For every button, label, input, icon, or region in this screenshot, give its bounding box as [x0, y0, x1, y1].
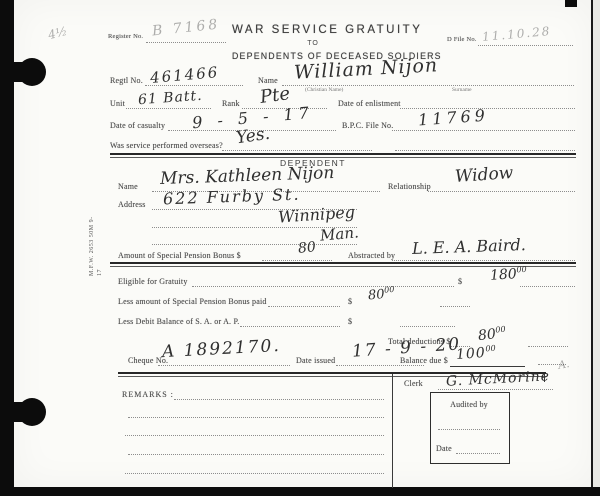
scan-top-notch: [565, 0, 577, 7]
casualty-label: Date of casualty: [110, 121, 165, 130]
audited-date-line: [456, 452, 500, 454]
overseas-line-b: [395, 149, 575, 151]
less-paid-currency: $: [348, 297, 352, 306]
debit-leader: [240, 325, 340, 327]
eligible-cents: 00: [516, 265, 527, 275]
remarks-line-1: [174, 398, 384, 400]
enlistment-label: Date of enlistment: [338, 99, 401, 108]
audited-by-label: Audited by: [430, 400, 508, 409]
name-line: [282, 84, 574, 86]
d-file-no-line: [478, 44, 573, 46]
christian-name-sublabel: (Christian Name): [305, 87, 343, 93]
eligible-dollars: 180: [490, 266, 518, 284]
scan-bottom-edge: [0, 487, 600, 496]
total-deductions-value: 8000: [477, 325, 507, 344]
eligible-currency: $: [458, 277, 462, 286]
debit-currency: $: [348, 317, 352, 326]
special-pension-label: Amount of Special Pension Bonus $: [118, 251, 241, 260]
d-file-no-label: D File No.: [447, 36, 477, 43]
remarks-line-2: [128, 416, 384, 418]
remarks-line-5: [125, 472, 384, 474]
less-paid-leader: [268, 305, 340, 307]
relationship-label: Relationship: [388, 182, 431, 191]
special-pension-value: 80: [297, 239, 316, 257]
total-dollars: 80: [477, 326, 496, 344]
form-title: WAR SERVICE GRATUITY: [232, 24, 394, 36]
stationery-code-line1: M.F.W. 2653: [89, 239, 95, 276]
balance-check-mark: A.: [557, 357, 571, 372]
audited-by-line: [438, 428, 500, 430]
eligible-value: 18000: [489, 265, 527, 284]
scan-right-margin: [593, 0, 600, 487]
abstracted-by-line: [392, 259, 575, 261]
debit-label: Less Debit Balance of S. A. or A. P.: [118, 317, 239, 326]
audited-date-label: Date: [436, 444, 452, 453]
balance-cents: 00: [485, 344, 496, 354]
remarks-line-3: [125, 434, 384, 436]
special-pension-line: [262, 259, 332, 261]
eligible-label: Eligible for Gratuity: [118, 277, 188, 286]
total-deductions-trailer: [528, 345, 568, 347]
debit-trailer: [400, 325, 455, 327]
punch-hole-top: [18, 58, 46, 86]
total-cents: 00: [495, 325, 506, 335]
date-issued-line: [336, 364, 424, 366]
less-paid-label: Less amount of Special Pension Bonus pai…: [118, 297, 267, 306]
bpc-file-label: B.P.C. File No.: [342, 121, 393, 130]
eligible-trailer: [520, 285, 575, 287]
dependent-name-label: Name: [118, 182, 138, 191]
balance-due-underline: [450, 365, 525, 367]
abstracted-by-value: L. E. A. Baird.: [412, 235, 526, 258]
surname-sublabel: Surname: [452, 87, 472, 93]
address-value-3: Man.: [319, 223, 359, 244]
address-label: Address: [118, 200, 146, 209]
form-title-to: TO: [232, 40, 394, 47]
scanned-document-page: 4½ Register No. B 7168 WAR SERVICE GRATU…: [0, 0, 600, 496]
overseas-line-a: [222, 149, 372, 151]
register-no-label: Register No.: [108, 33, 143, 40]
regtl-no-label: Regtl No.: [110, 76, 143, 85]
less-paid-cents: 00: [384, 285, 395, 295]
remarks-box-right-border: [392, 374, 393, 488]
relationship-value: Widow: [454, 163, 514, 187]
punch-hole-bottom: [18, 398, 46, 426]
abstracted-by-label: Abstracted by: [348, 251, 395, 260]
clerk-label: Clerk: [404, 379, 423, 388]
remarks-line-4: [128, 453, 384, 455]
less-paid-trailer: [440, 305, 470, 307]
overseas-label: Was service performed overseas?: [110, 141, 223, 150]
remarks-label: REMARKS :: [122, 390, 174, 399]
stationery-code: M.F.W. 2653 50M 9-17: [88, 212, 104, 276]
cheque-no-line: [158, 364, 290, 366]
less-paid-value: 8000: [367, 285, 395, 304]
unit-label: Unit: [110, 99, 125, 108]
name-label: Name: [258, 76, 278, 85]
rank-label: Rank: [222, 99, 240, 108]
register-no-line: [146, 41, 226, 43]
eligible-leader: [192, 285, 454, 287]
relationship-line: [428, 190, 575, 192]
date-issued-label: Date issued: [296, 356, 335, 365]
less-paid-dollars: 80: [367, 287, 385, 303]
